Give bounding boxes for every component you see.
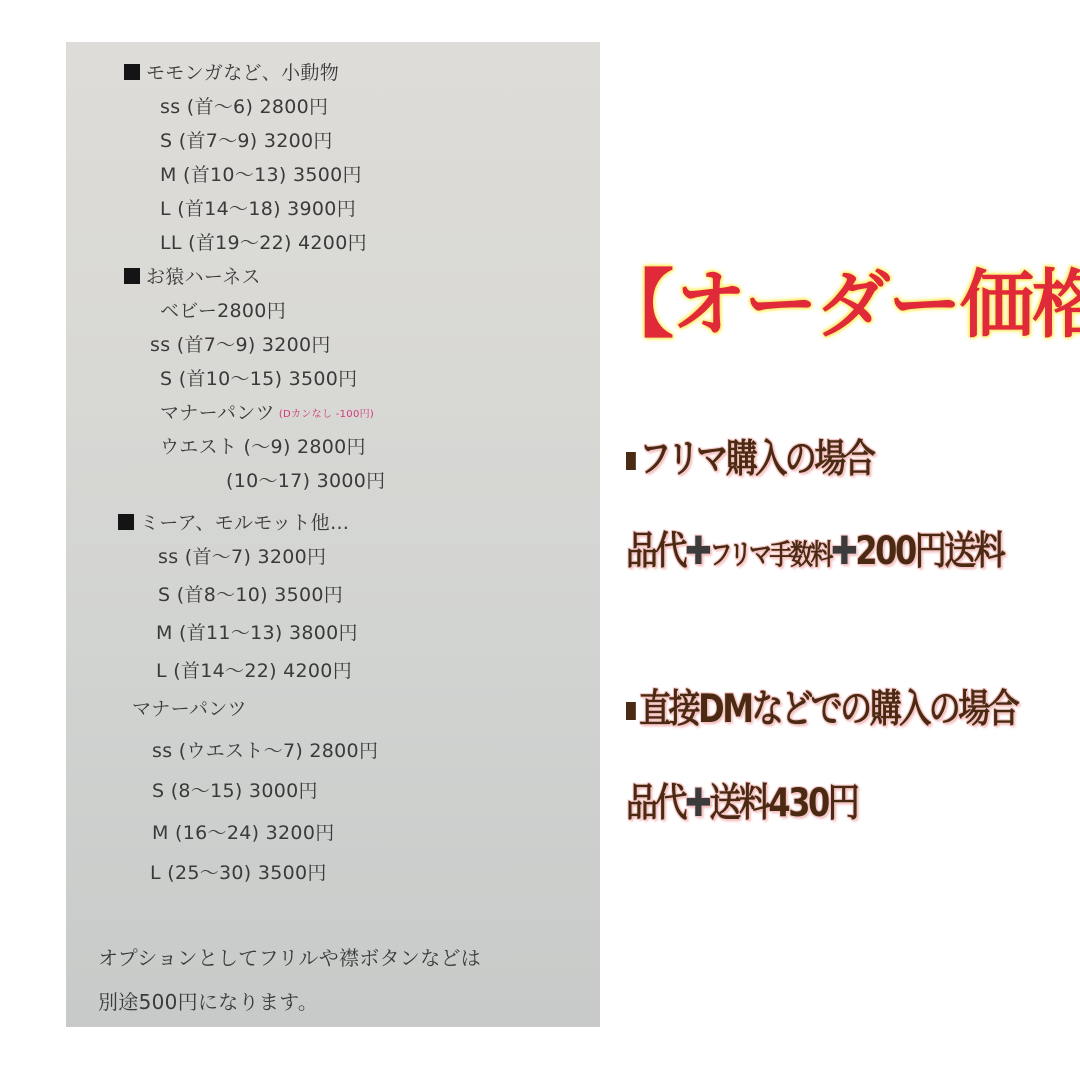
case-heading-direct-dm: 直接DMなどでの購入の場合 — [626, 678, 1017, 734]
section-heading: ミーア、モルモット他… — [118, 508, 349, 535]
handwritten-note: (Dカンなし -100円) — [279, 409, 374, 420]
price-row: ss (首〜7) 3200円 — [158, 542, 326, 569]
plus-icon: ✚ — [685, 529, 709, 574]
case-heading-flea-market: フリマ購入の場合 — [626, 428, 873, 484]
footer-note: 別途500円になります。 — [98, 986, 318, 1015]
footer-note: オプションとしてフリルや襟ボタンなどは — [98, 942, 481, 971]
price-row: L (首14〜18) 3900円 — [160, 194, 356, 221]
bullet-square-icon — [626, 452, 636, 470]
price-row: L (25〜30) 3500円 — [150, 858, 327, 885]
price-row: LL (首19〜22) 4200円 — [160, 228, 367, 255]
price-row: ss (首〜6) 2800円 — [160, 92, 328, 119]
bullet-square-icon — [124, 268, 140, 284]
price-row: S (8〜15) 3000円 — [152, 776, 318, 803]
price-row: M (首11〜13) 3800円 — [156, 618, 358, 645]
section-heading: モモンガなど、小動物 — [124, 58, 339, 85]
price-row: ss (首7〜9) 3200円 — [150, 330, 331, 357]
case-formula-direct-dm: 品代✚送料430円 — [626, 772, 857, 828]
bullet-square-icon — [626, 702, 636, 720]
price-row: M (16〜24) 3200円 — [152, 818, 335, 845]
price-row: マナーパンツ(Dカンなし -100円) — [160, 398, 374, 425]
price-row: ウエスト (〜9) 2800円 — [160, 432, 366, 459]
price-row: M (首10〜13) 3500円 — [160, 160, 362, 187]
section-heading: マナーパンツ — [132, 694, 247, 721]
price-row: S (首8〜10) 3500円 — [158, 580, 343, 607]
price-row: S (首7〜9) 3200円 — [160, 126, 333, 153]
case-formula-flea-market: 品代✚フリマ手数料✚200円送料 — [626, 520, 1003, 576]
bullet-square-icon — [118, 514, 134, 530]
price-list-photo: モモンガなど、小動物 ss (首〜6) 2800円 S (首7〜9) 3200円… — [66, 42, 600, 1027]
price-row: ベビー2800円 — [160, 296, 286, 323]
price-row: ss (ウエスト〜7) 2800円 — [152, 736, 378, 763]
plus-icon: ✚ — [685, 781, 709, 826]
bullet-square-icon — [124, 64, 140, 80]
price-row: S (首10〜15) 3500円 — [160, 364, 357, 391]
section-heading: お猿ハーネス — [124, 262, 261, 289]
price-row: (10〜17) 3000円 — [226, 466, 385, 493]
page-title: 【オーダー価格表】 — [600, 246, 1080, 352]
plus-icon: ✚ — [831, 529, 855, 574]
price-row: L (首14〜22) 4200円 — [156, 656, 352, 683]
